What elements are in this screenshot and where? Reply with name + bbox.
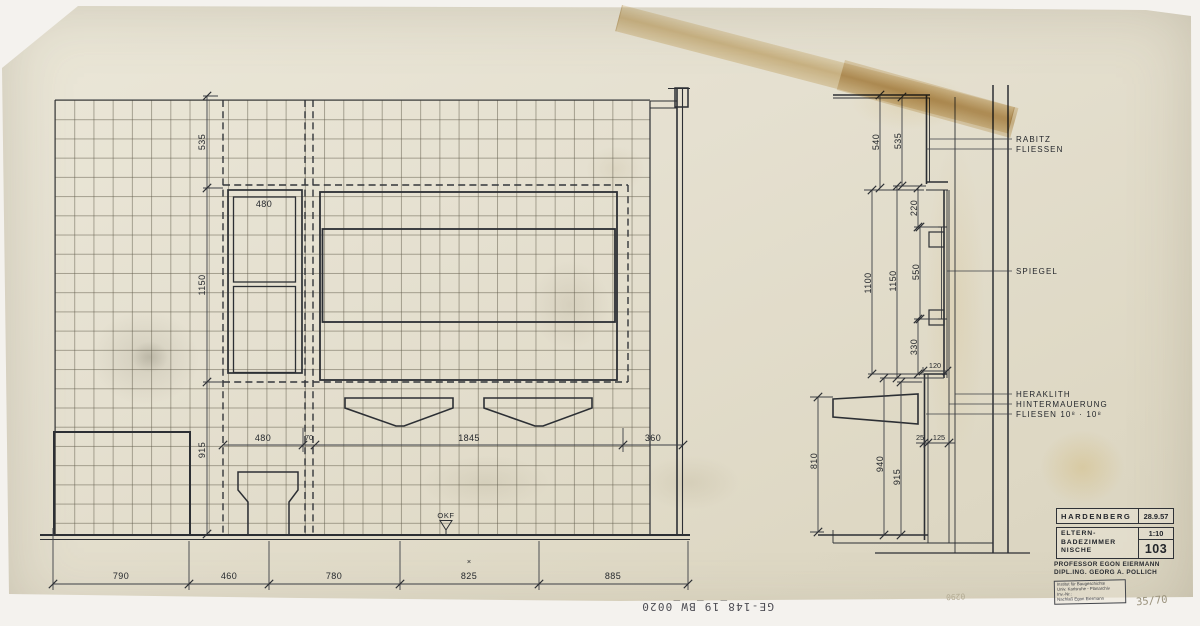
scanned-architectural-drawing: 535 1150 915 480 480 70 1845 360 790 460… [0, 0, 1200, 626]
dim-220: 220 [909, 200, 919, 216]
drawing-title: ELTERN- BADEZIMMER NISCHE [1057, 528, 1139, 558]
architect-line2: DIPL.ING. GEORG A. POLLICH [1054, 569, 1194, 577]
drawing-scale: 1:10 [1139, 528, 1173, 540]
bathtub-block [54, 432, 190, 535]
drawing-date: 28.9.57 [1139, 509, 1173, 523]
label-rabitz: RABITZ [1016, 135, 1051, 144]
drawing-linework: 535 1150 915 480 480 70 1845 360 790 460… [0, 0, 1200, 626]
annotation-leaders [926, 139, 1012, 414]
washbasin-left [345, 398, 453, 426]
dim-niche-70: 70 [305, 433, 313, 442]
okf-level-marker [440, 521, 452, 536]
mirror-panel [320, 192, 617, 380]
cabinet [228, 190, 302, 373]
dim-550: 550 [911, 264, 921, 280]
dim-1100: 1100 [863, 273, 873, 294]
x-mark: × [467, 557, 471, 566]
dim-1150: 1150 [888, 271, 898, 292]
elevation-boundary [55, 88, 690, 535]
label-spiegel: SPIEGEL [1016, 267, 1058, 276]
dim-bottom-790: 790 [113, 571, 129, 581]
label-hintermauerung: HINTERMAUERUNG [1016, 400, 1108, 409]
dim-height-915: 915 [197, 442, 207, 458]
dim-soffit-540: 540 [871, 134, 881, 150]
project-name: HARDENBERG [1057, 509, 1139, 523]
dim-niche-480: 480 [255, 433, 271, 443]
handwritten-margin-note: 0290 [946, 592, 966, 602]
dim-height-1150: 1150 [197, 275, 207, 296]
label-heraklith: HERAKLITH [1016, 390, 1071, 399]
dim-bottom-825: 825 [461, 571, 477, 581]
architect-credits: PROFESSOR EGON EIERMANN DIPL.ING. GEORG … [1054, 561, 1194, 577]
sheet-number: 103 [1139, 540, 1173, 558]
washbasin-right [484, 398, 592, 426]
dim-bottom-460: 460 [221, 571, 237, 581]
wc-pedestal [238, 472, 298, 535]
archive-stamp: Institut für Baugeschichte Univ. Karlsru… [1054, 579, 1126, 604]
dim-soffit-535: 535 [893, 133, 903, 149]
label-fliessen: FLIESSEN [1016, 145, 1063, 154]
dim-940: 940 [875, 456, 885, 472]
architect-line1: PROFESSOR EGON EIERMANN [1054, 561, 1194, 569]
okf-label: OKF [437, 511, 454, 520]
dim-bottom-885: 885 [605, 571, 621, 581]
dim-120: 120 [929, 361, 941, 370]
stamp-line4: Nachlaß Egon Eiermann [1057, 596, 1123, 602]
dim-cabinet-480: 480 [256, 199, 272, 209]
drawing-title-line3: NISCHE [1061, 547, 1138, 556]
dim-niche-360: 360 [645, 433, 661, 443]
dim-125: 125 [933, 433, 945, 442]
dim-915-section: 915 [892, 469, 902, 485]
label-fliesen-size: FLIESEN 10⁸ · 10⁸ [1016, 410, 1102, 419]
floor-line [40, 535, 690, 540]
dim-height-535: 535 [197, 134, 207, 150]
handwritten-archive-number: GE-148_19_BW_0020 [612, 600, 774, 613]
elevation-dimension-ticks [49, 92, 692, 588]
dim-25: 25 [916, 433, 924, 442]
elevation-dimension-lines [53, 96, 688, 590]
dim-niche-1845: 1845 [458, 433, 480, 443]
drawing-title-line2: BADEZIMMER [1061, 539, 1138, 548]
dim-bottom-780: 780 [326, 571, 342, 581]
dim-330: 330 [909, 339, 919, 355]
drawing-title-line1: ELTERN- [1061, 530, 1138, 539]
niche-dashed-outline [223, 100, 628, 535]
title-block: HARDENBERG 28.9.57 ELTERN- BADEZIMMER NI… [1056, 508, 1174, 559]
dim-810: 810 [809, 453, 819, 469]
